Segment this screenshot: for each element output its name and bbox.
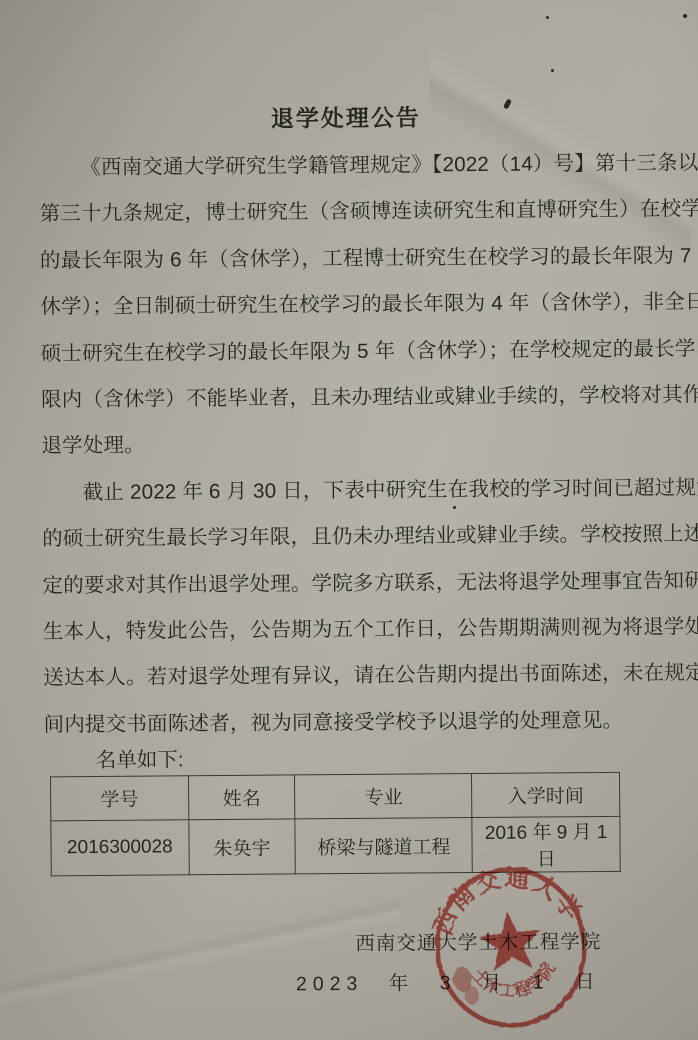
- header-name: 姓名: [188, 775, 295, 820]
- document-photo: 退学处理公告 《西南交通大学研究生学籍管理规定》【2022（14）号】第十三条以…: [0, 0, 698, 1040]
- seal-bottom-text: 土木工程学院: [467, 957, 562, 1005]
- paragraph2-line: 截止 2022 年 6 月 30 日，下表中研究生在我校的学习时间已超过规定: [42, 465, 659, 516]
- paragraph1-line: 休学）；全日制硕士研究生在校学习的最长年限为 4 年（含休学），非全日制: [40, 280, 657, 331]
- paragraph1-line: 《西南交通大学研究生学籍管理规定》【2022（14）号】第十三条以及: [39, 141, 656, 192]
- paragraph2-line: 的硕士研究生最长学习年限，且仍未办理结业或肄业手续。学校按照上述规: [42, 512, 659, 563]
- paragraph1-line: 退学处理。: [41, 419, 658, 470]
- paragraph2-line: 间内提交书面陈述者，视为同意接受学校予以退学的处理意见。: [43, 697, 660, 748]
- header-enroll-date: 入学时间: [472, 772, 620, 817]
- student-table: 学号 姓名 专业 入学时间 2016300028 朱奂宇 桥梁与隧道工程 201…: [50, 772, 621, 876]
- notice-page: 退学处理公告 《西南交通大学研究生学籍管理规定》【2022（14）号】第十三条以…: [0, 0, 698, 1040]
- body-text: 《西南交通大学研究生学籍管理规定》【2022（14）号】第十三条以及 第三十九条…: [39, 141, 661, 749]
- cell-major: 桥梁与隧道工程: [295, 818, 472, 874]
- dust-speck: [453, 506, 456, 509]
- page-title: 退学处理公告: [0, 97, 695, 135]
- paragraph2-line: 定的要求对其作出退学处理。学院多方联系，无法将退学处理事宜告知研究: [42, 558, 659, 609]
- seal-star: [476, 908, 544, 973]
- dust-speck: [683, 14, 687, 18]
- cell-student-id: 2016300028: [51, 820, 189, 876]
- official-seal: 西南交通大学 土木工程学院: [425, 858, 597, 1039]
- paragraph1-line: 第三十九条规定，博士研究生（含硕博连读研究生和直博研究生）在校学习: [39, 187, 656, 238]
- table-header-row: 学号 姓名 专业 入学时间: [51, 772, 620, 820]
- header-student-id: 学号: [51, 776, 189, 821]
- header-major: 专业: [295, 774, 472, 819]
- cell-name: 朱奂宇: [188, 819, 295, 875]
- paragraph2-line: 生本人，特发此公告，公告期为五个工作日，公告期期满则视为将退学处理: [43, 605, 660, 656]
- paragraph1-line: 硕士研究生在校学习的最长年限为 5 年（含休学）；在学校规定的最长学习年: [41, 326, 658, 377]
- dust-speck: [551, 69, 554, 72]
- dust-speck: [546, 16, 549, 19]
- paragraph1-line: 的最长年限为 6 年（含休学），工程博士研究生在校学习的最长年限为 7 年（含: [40, 233, 657, 284]
- list-intro: 名单如下:: [96, 742, 184, 773]
- paragraph1-line: 限内（含休学）不能毕业者，且未办理结业或肄业手续的，学校将对其作出: [41, 373, 658, 424]
- paragraph2-line: 送达本人。若对退学处理有异议，请在公告期内提出书面陈述，未在规定时: [43, 651, 660, 702]
